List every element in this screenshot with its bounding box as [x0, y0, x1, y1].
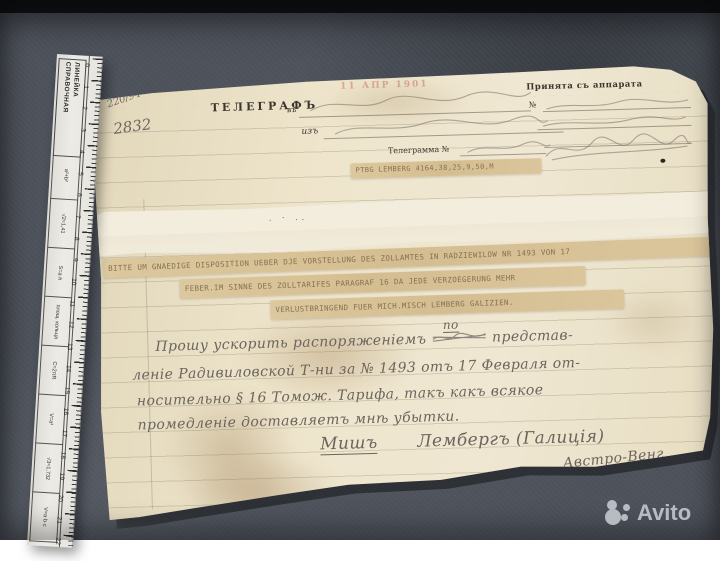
typed-strip: VERLUSTBRINGEND FUER MICH.MISCH LEMBERG … [270, 289, 624, 319]
ruler-cm-number: 0 [83, 63, 90, 67]
ruler-cm-number: 8 [72, 236, 79, 240]
avito-watermark: Avito [604, 500, 691, 528]
pencil-ref-number: 220/94 [106, 88, 143, 110]
ruler-cm-number: 17 [60, 429, 67, 437]
ruler-cm-number: 3 [79, 128, 86, 132]
ruler-cm-number: 19 [57, 473, 64, 481]
signature-place: Лембергъ (Галиція) [417, 426, 605, 451]
paper-stain [586, 273, 718, 367]
ruler-cm-number: 18 [59, 451, 66, 459]
ruler-cm-number: 15 [63, 386, 70, 394]
struck-out-word: по [431, 330, 487, 344]
pencil-scrawl [464, 138, 554, 159]
pencil-scrawl [331, 112, 552, 140]
ruler-cm-number: 20 [56, 494, 63, 502]
ruler-cm-number: 11 [68, 300, 75, 307]
watermark-label: Avito [637, 500, 691, 526]
form-telegram-no-label: Телеграмма № [388, 145, 450, 156]
ruler-cm-number: 6 [75, 193, 82, 197]
ruler-cm-number: 7 [73, 215, 80, 219]
ruler-cm-number: 10 [69, 278, 76, 286]
handwritten-line: Прошу ускорить распоряженіемъ по предста… [155, 327, 573, 355]
ruler-cm-number: 13 [65, 343, 72, 351]
stray-pencil-marks: . · .. [269, 213, 309, 223]
form-telegraph-label: ТЕЛЕГРАФЪ [211, 98, 319, 114]
handwritten-line: носительно § 16 Томож. Тарифа, такъ какъ… [137, 382, 544, 409]
route-tape: PTBG LEMBERG 4164,38,25,9,50,M [350, 158, 541, 178]
ruler-cm-number: 2 [80, 106, 87, 110]
form-telegraph-suffix: въ [287, 105, 297, 114]
signature-name: Мишъ [320, 433, 378, 456]
photo-background: 220/94 2832 ТЕЛЕГРАФЪ въ 11 АПР 1901 При… [0, 0, 720, 540]
ruler-cm-number: 1 [81, 85, 88, 89]
signature-row: Мишъ Лембергъ (Галиція) [320, 426, 605, 454]
ruler-cm-number: 4 [77, 150, 84, 154]
pencil-scrawl [543, 94, 693, 114]
ruler-cm-number: 16 [61, 408, 68, 416]
ruler-cm-number: 21 [55, 516, 62, 524]
ruler-cm-number: 12 [67, 321, 74, 329]
ruler-cm-number: 9 [71, 258, 78, 262]
received-from-apparatus-label: Принята съ аппарата [526, 79, 643, 92]
handwritten-line: промедленіе доставляетъ мнѣ убытки. [137, 409, 459, 434]
photo-dark-edge [0, 0, 720, 13]
ruler-cm-number: 14 [64, 365, 71, 373]
inserted-word: по [443, 318, 459, 333]
pencil-doc-number: 2832 [112, 115, 152, 138]
pencil-signature-scrawl [542, 128, 693, 166]
form-from-label: изъ [301, 126, 318, 136]
ruler-cm-number: 5 [76, 171, 83, 175]
handwritten-line: леніе Радивиловской Т-ни за № 1493 отъ 1… [132, 355, 581, 384]
telegram-document: 220/94 2832 ТЕЛЕГРАФЪ въ 11 АПР 1901 При… [90, 63, 720, 522]
avito-logo-icon [604, 500, 634, 528]
